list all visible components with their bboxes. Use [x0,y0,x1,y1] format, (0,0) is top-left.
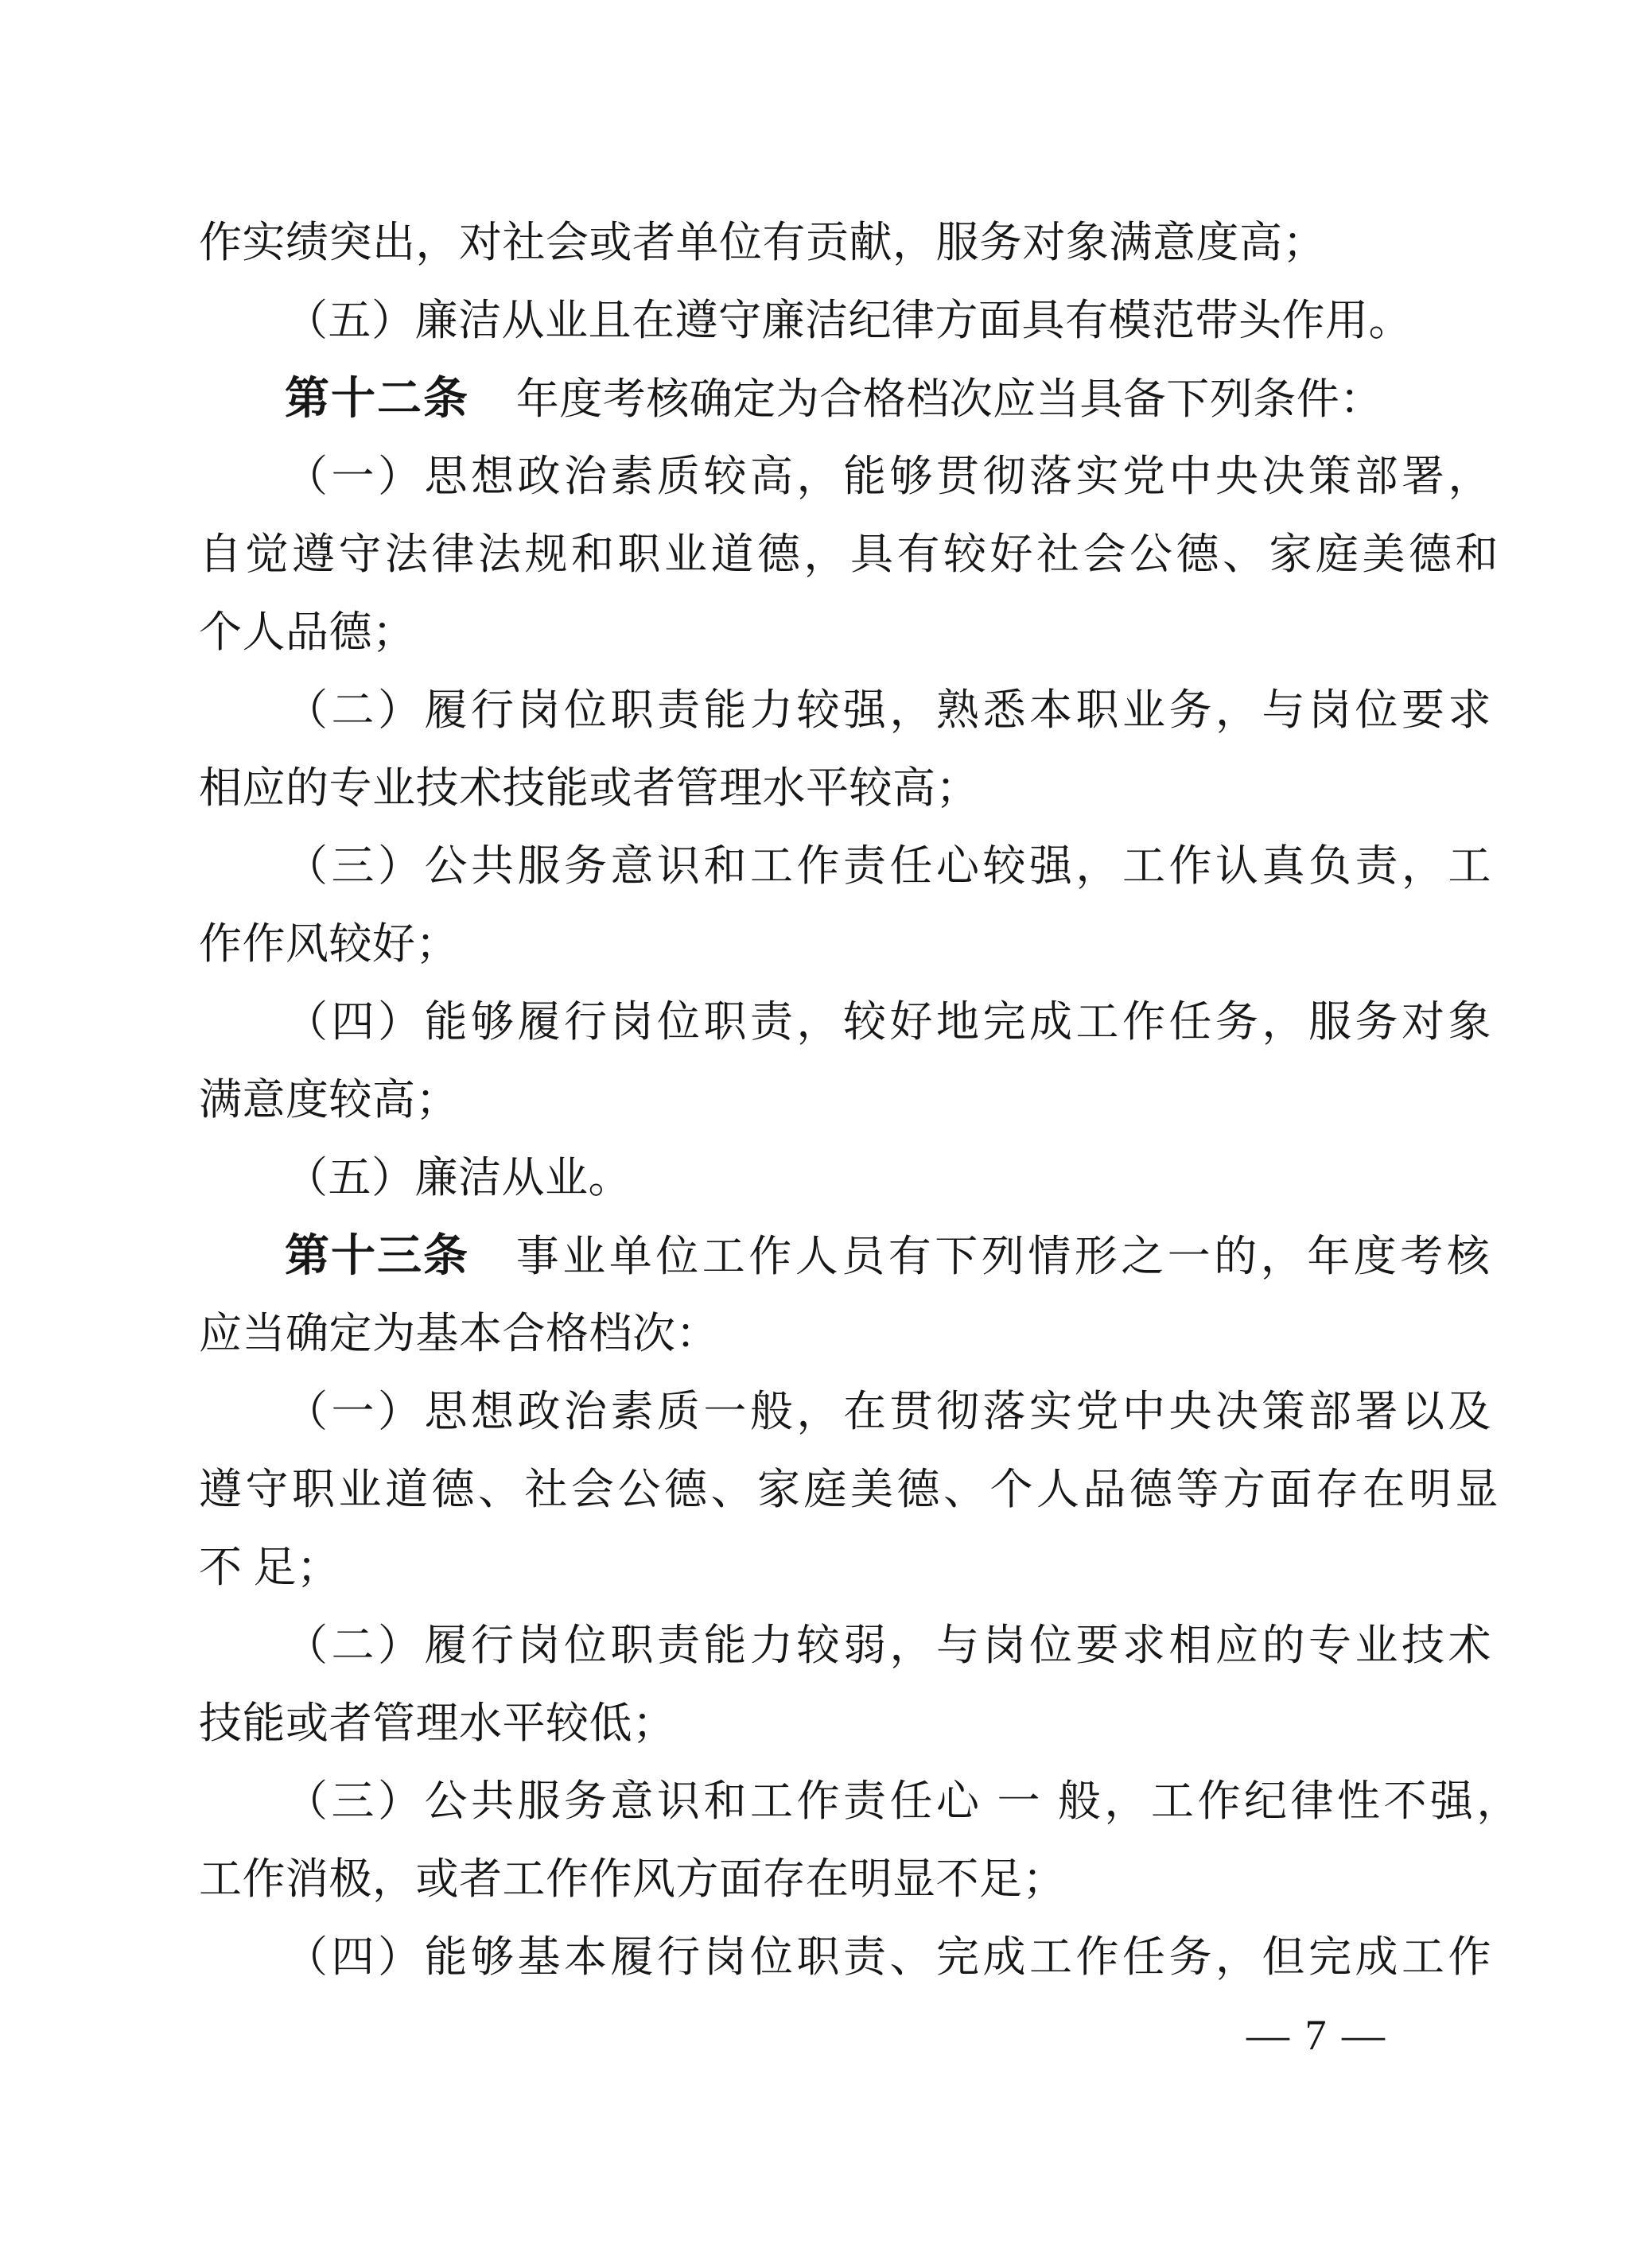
text-line: （一）思想政治素质较高，能够贯彻落实党中央决策部署， [199,437,1519,515]
text-line: （四）能够履行岗位职责，较好地完成工作任务，服务对象 [199,983,1519,1061]
text-line: （二）履行岗位职责能力较弱，与岗位要求相应的专业技术 [199,1606,1519,1684]
text-line: 应当确定为基本合格档次： [199,1295,1519,1373]
text-line: 工作消极，或者工作作风方面存在明显不足； [199,1840,1519,1918]
article-text: 事业单位工作人员有下列情形之一的，年度考核 [516,1233,1494,1280]
text-line: 技能或者管理水平较低； [199,1684,1519,1762]
article-number-label: 第十二条 [285,373,469,423]
document-body: 作实绩突出，对社会或者单位有贡献，服务对象满意度高； （五）廉洁从业且在遵守廉洁… [199,204,1519,1996]
text-line: 作作风较好； [199,905,1519,983]
article-number-label: 第十三条 [285,1230,469,1280]
document-page: 作实绩突出，对社会或者单位有贡献，服务对象满意度高； （五）廉洁从业且在遵守廉洁… [0,0,1629,2268]
text-line: 遵守职业道德、社会公德、家庭美德、个人品德等方面存在明显 [199,1451,1519,1528]
text-line: （二）履行岗位职责能力较强，熟悉本职业务，与岗位要求 [199,671,1519,749]
text-line: 作实绩突出，对社会或者单位有贡献，服务对象满意度高； [199,204,1519,282]
text-line: 第十三条事业单位工作人员有下列情形之一的，年度考核 [199,1217,1519,1295]
text-line: （三）公共服务意识和工作责任心较强，工作认真负责，工 [199,827,1519,905]
text-line: （四）能够基本履行岗位职责、完成工作任务，但完成工作 [199,1918,1519,1996]
text-line: （五）廉洁从业。 [199,1139,1519,1217]
text-line: 第十二条年度考核确定为合格档次应当具备下列条件： [199,359,1519,437]
text-line: 不 足； [199,1528,1519,1606]
text-line: （一）思想政治素质一般，在贯彻落实党中央决策部署以及 [199,1373,1519,1451]
text-line: （五）廉洁从业且在遵守廉洁纪律方面具有模范带头作用。 [199,282,1519,359]
article-text: 年度考核确定为合格档次应当具备下列条件： [516,375,1383,423]
text-line: 自觉遵守法律法规和职业道德，具有较好社会公德、家庭美德和 [199,515,1519,593]
page-number: — 7 — [1246,1996,1387,2074]
text-line: （三）公共服务意识和工作责任心 一 般，工作纪律性不强， [199,1762,1519,1840]
text-line: 个人品德； [199,593,1519,671]
text-line: 相应的专业技术技能或者管理水平较高； [199,749,1519,827]
text-line: 满意度较高； [199,1061,1519,1139]
